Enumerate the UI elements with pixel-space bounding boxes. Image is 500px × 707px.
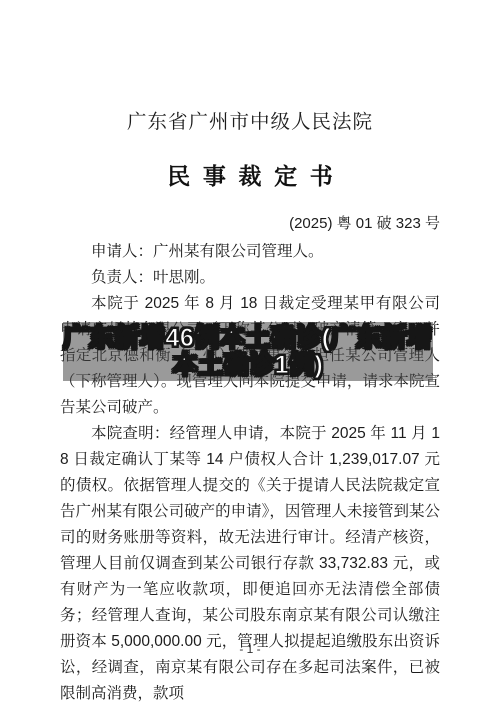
paragraph-principal: 负责人：叶思刚。 (60, 265, 440, 291)
headline-overlay-title: 广东新增46例本土确诊(广东新增本土确诊1例) (63, 325, 433, 379)
document-body: 申请人：广州某有限公司管理人。 负责人：叶思刚。 本院于 2025 年 8 月 … (60, 239, 440, 707)
paragraph-applicant: 申请人：广州某有限公司管理人。 (60, 239, 440, 265)
paragraph-court-findings: 本院查明：经管理人申请，本院于 2025 年 11 月 18 日裁定确认丁某等 … (60, 421, 440, 707)
court-name: 广东省广州市中级人民法院 (0, 106, 500, 134)
case-number: (2025) 粤 01 破 323 号 (0, 212, 500, 233)
headline-overlay-banner: 广东新增46例本土确诊(广东新增本土确诊1例) (63, 322, 433, 381)
page-number: - 1 - (0, 642, 500, 656)
court-document-page: 广东省广州市中级人民法院 民事裁定书 (2025) 粤 01 破 323 号 申… (0, 0, 500, 707)
document-title: 民事裁定书 (0, 158, 500, 191)
